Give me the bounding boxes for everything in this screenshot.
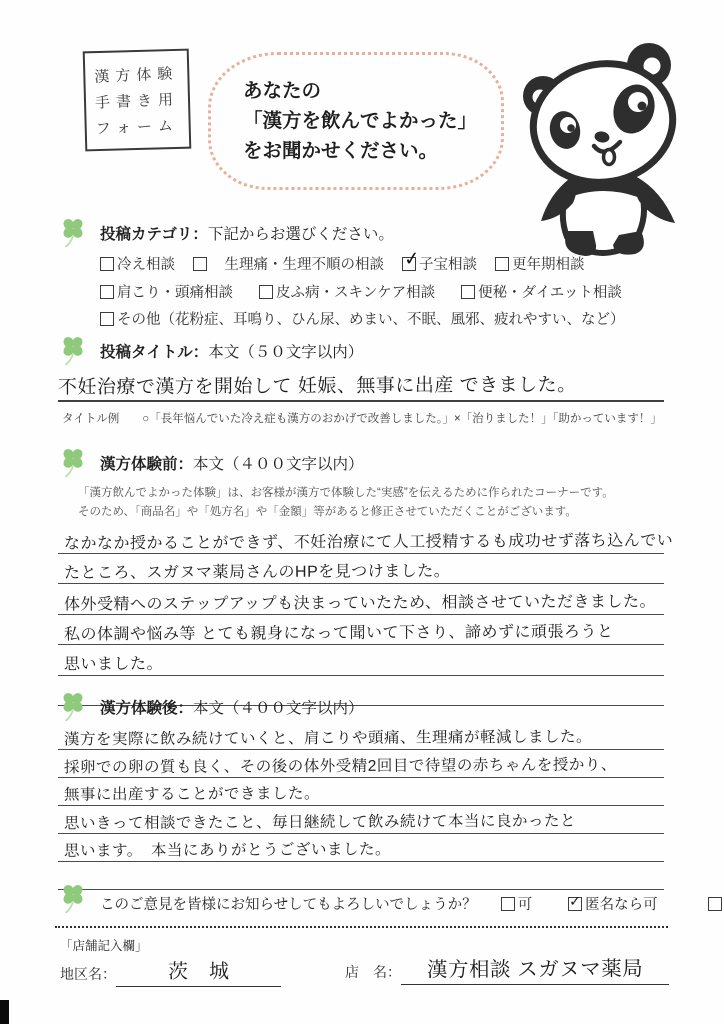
checkbox-label: 肩こり・頭痛相談 [117,281,233,302]
checkbox-icon [100,285,114,299]
ruled-line: 漢方を実際に飲み続けていくと、肩こりや頭痛、生理痛が軽減しました。 [58,722,664,750]
shop-field: 店 名： 漢方相談 スガヌマ薬局 [345,952,669,985]
checkbox-kounenki-soudan: 更年期相談 [495,253,585,274]
checkbox-icon [501,897,515,911]
checkbox-icon [193,257,207,271]
ruled-line: 思いきって相談できたこと、毎日継続して飲み続けて本当に良かったと [58,806,664,834]
category-row-1: 冷え相談 生理痛・生理不順の相談 ✓子宝相談 更年期相談 [100,253,585,274]
ruled-line: 私の体調や悩み等 とても親身になって聞いて下さり、諦めずに頑張ろうと [58,615,664,646]
checkbox-hie-soudan: 冷え相談 [100,253,175,274]
handwritten-text: なかなか授かることができず、不妊治療にて人工授精するも成功せず落ち込んでい [64,527,673,553]
handwritten-text: たところ、スガヌマ薬局さんのHPを見つけました。 [64,558,450,583]
checkbox-label: 匿名なら可 [585,893,658,914]
scanned-form-page: 漢方体験 手書き用 フォーム あなたの 「漢方を飲んでよかった」 をお聞かせくだ… [0,0,724,1024]
heading-bold: 投稿カテゴリ： [100,226,208,243]
speech-bubble: あなたの 「漢方を飲んでよかった」 をお聞かせください。 [208,52,504,190]
before-note-2: そのため、「商品名」や「処方名」や「金額」等があると修正させていただくことがござ… [78,503,577,523]
heading-bold: 漢方体験後： [100,700,193,717]
before-note-1: 「漢方飲んでよかった体験」は、お客様が漢方で体験した“実感”を伝えるために作られ… [78,484,614,504]
scan-artifact [0,1000,9,1024]
ruled-line: 思います。 本当にありがとうございました。 [58,834,664,862]
handwritten-text: 思いました。 [64,650,163,674]
ruled-line: 思いました。 [58,645,664,676]
checkbox-fuka: 不可 [708,893,724,914]
checkbox-icon [495,257,509,271]
consent-row: このご意見を皆様にお知らせしてもよろしいでしょうか？ 可 ✓匿名なら可 不可 [100,893,724,914]
heading-bold: 漢方体験前： [100,456,193,473]
shop-label: 店 名： [345,962,401,985]
checkbox-icon [100,312,114,326]
checkbox-icon [100,257,114,271]
checkbox-icon: ✓ [402,257,416,271]
dotted-divider [55,926,668,928]
clover-icon [62,218,84,253]
checkbox-hifu-soudan: 皮ふ病・スキンケア相談 [259,281,435,302]
ruled-line: 体外受精へのステップアップも決まっていたため、相談させていただきました。 [58,584,664,615]
consent-question: このご意見を皆様にお知らせしてもよろしいでしょうか？ [100,893,477,914]
checkbox-icon [461,285,475,299]
checkbox-label: 冷え相談 [117,253,175,274]
checkbox-label: その他（花粉症、耳鳴り、ひん尿、めまい、不眠、風邪、疲れやすい、など） [117,308,625,329]
heading-rest: 本文（４００文字以内） [193,700,364,717]
ruled-line: たところ、スガヌマ薬局さんのHPを見つけました。 [58,554,664,585]
after-section-heading: 漢方体験後：本文（４００文字以内） [100,696,364,718]
handwritten-text: 思います。 本当にありがとうございました。 [64,837,391,861]
checkbox-sonota: その他（花粉症、耳鳴り、ひん尿、めまい、不眠、風邪、疲れやすい、など） [100,308,625,329]
category-row-2: 肩こり・頭痛相談 皮ふ病・スキンケア相談 便秘・ダイエット相談 [100,281,622,302]
ruled-line: 採卵での卵の質も良く、その後の体外受精2回目で待望の赤ちゃんを授かり、 [58,750,664,778]
bubble-text: あなたの [243,76,501,106]
clover-icon [62,884,84,919]
checkbox-label: 生理痛・生理不順の相談 [210,253,384,274]
stamp-line: 漢方体験 [94,62,179,87]
checkbox-icon [259,285,273,299]
stamp-line: 手書き用 [95,88,180,113]
title-example-note: タイトル例 ○「長年悩んでいた冷え症も漢方のおかげで改善しました。」×「治りまし… [62,410,662,426]
checkbox-icon [708,897,722,911]
checkbox-icon: ✓ [568,897,582,911]
ruled-line [58,862,664,890]
handwritten-text: 思いきって相談できたこと、毎日継続して飲み続けて本当に良かったと [64,809,576,834]
handwritten-text: 無事に出産することができました。 [64,781,320,804]
handwritten-text: 私の体調や悩み等 とても親身になって聞いて下さり、諦めずに頑張ろうと [64,619,614,645]
district-field: 地区名： 茨 城 [60,955,281,987]
handwritten-text: 体外受精へのステップアップも決まっていたため、相談させていただきました。 [64,588,656,614]
after-text-lines: 漢方を実際に飲み続けていくと、肩こりや頭痛、生理痛が軽減しました。 採卵での卵の… [58,722,664,890]
ruled-line: 無事に出産することができました。 [58,778,664,806]
checkbox-label: 皮ふ病・スキンケア相談 [276,281,435,302]
checkbox-kodakara-soudan: ✓子宝相談 [402,253,477,274]
bubble-text: 「漢方を飲んでよかった」 [243,106,501,136]
ruled-line: なかなか授かることができず、不妊治療にて人工授精するも成功せず落ち込んでい [58,523,664,554]
checkbox-ka: 可 [501,893,533,914]
bubble-text: をお聞かせください。 [243,136,501,166]
district-handwritten: 茨 城 [168,955,230,984]
before-text-lines: なかなか授かることができず、不妊治療にて人工授精するも成功せず落ち込んでい たと… [58,523,664,706]
handwritten-text: 採卵での卵の質も良く、その後の体外受精2回目で待望の赤ちゃんを授かり、 [64,753,617,778]
post-title-field: 不妊治療で漢方を開始して 妊娠、無事に出産 できました。 [58,362,664,402]
checkbox-tokumei-nara-ka: ✓匿名なら可 [568,893,658,914]
checkbox-label: 便秘・ダイエット相談 [478,281,622,302]
heading-bold: 投稿タイトル： [100,344,208,361]
checkbox-seiritsuu-soudan: 生理痛・生理不順の相談 [193,253,384,274]
shop-handwritten: 漢方相談 スガヌマ薬局 [427,951,643,982]
panda-icon [503,33,708,268]
before-section-heading: 漢方体験前：本文（４００文字以内） [100,452,364,474]
post-title-handwritten: 不妊治療で漢方を開始して 妊娠、無事に出産 できました。 [58,370,577,400]
title-section-heading: 投稿タイトル：本文（５０文字以内） [100,340,363,362]
checkbox-label: 可 [518,893,533,914]
checkbox-label: 更年期相談 [512,253,585,274]
heading-rest: 下記からお選びください。 [208,226,394,243]
district-label: 地区名： [60,964,116,987]
checkbox-label: 子宝相談 [419,253,477,274]
stamp-line: フォーム [96,114,180,139]
category-section-heading: 投稿カテゴリ：下記からお選びください。 [100,222,394,244]
handwritten-text: 漢方を実際に飲み続けていくと、肩こりや頭痛、生理痛が軽減しました。 [64,725,592,750]
store-box-label: 「店舗記入欄」 [60,936,148,954]
heading-rest: 本文（４００文字以内） [193,456,364,473]
form-title-stamp: 漢方体験 手書き用 フォーム [83,49,192,152]
heading-rest: 本文（５０文字以内） [208,344,363,361]
checkbox-benpi-soudan: 便秘・ダイエット相談 [461,281,622,302]
checkbox-katakori-soudan: 肩こり・頭痛相談 [100,281,233,302]
category-row-3: その他（花粉症、耳鳴り、ひん尿、めまい、不眠、風邪、疲れやすい、など） [100,308,625,329]
clover-icon [62,448,84,483]
